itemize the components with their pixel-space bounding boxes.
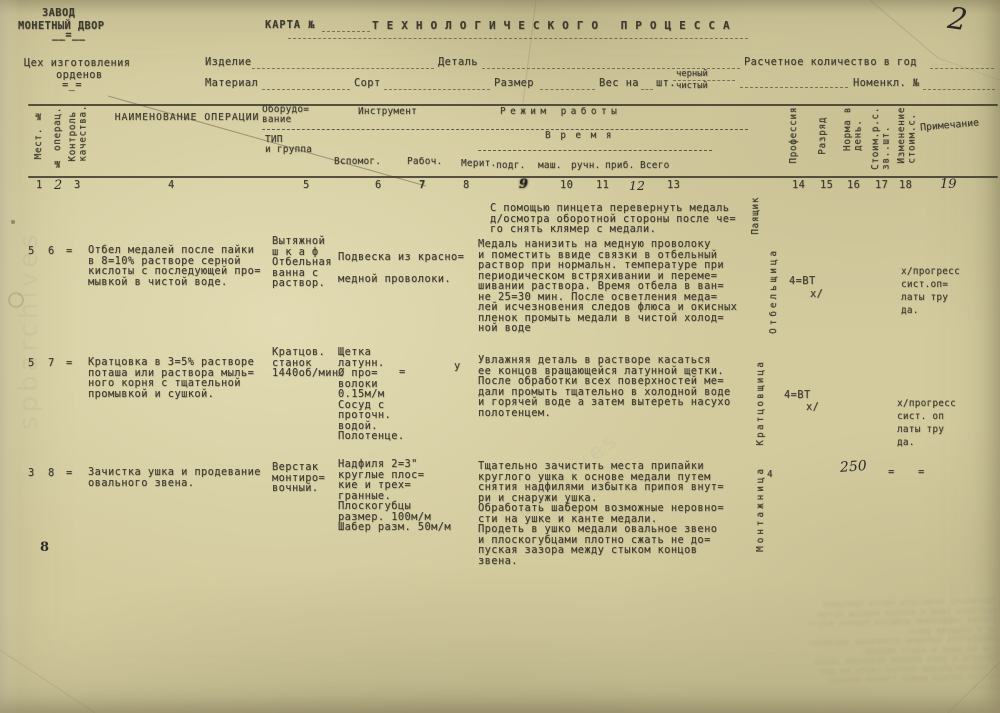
operation-grade: 4=ВТ	[784, 390, 811, 401]
col-header-time-manual: ручн.	[571, 161, 601, 171]
operation-description: Увлажняя деталь в растворе касаться ее к…	[478, 355, 790, 418]
col-header-auxiliary: Вспомог.	[334, 157, 381, 167]
column-number-1: 1	[36, 180, 43, 191]
column-number-4: 4	[168, 180, 175, 191]
op-place-number: 3	[28, 468, 35, 479]
card-number-label: КАРТА №	[265, 20, 315, 31]
col-header-quality-control: Контроль качества.	[68, 105, 89, 162]
col-header-time-prep: подг.	[496, 161, 526, 171]
stray-mark-u: у	[454, 361, 461, 372]
col-header-cost: Стоим.р.с. зв..шт.	[871, 107, 892, 170]
operation-profession: Паящик	[751, 197, 762, 235]
op-control-mark: =	[66, 246, 73, 257]
operation-tools: Щетка латунн. Ø про= волоки 0.15м/м Сосу…	[338, 347, 405, 442]
op-control-mark: =	[66, 468, 73, 479]
operation-description: Тщательно зачистить места припайки кругл…	[478, 461, 790, 566]
archive-watermark: spbarchives	[14, 230, 44, 430]
field-product-label: Изделие	[205, 57, 252, 68]
field-weight-blank	[641, 88, 653, 90]
crease-top-right	[870, 0, 938, 58]
column-number-13: 13	[667, 180, 680, 191]
operation-name: Зачистка ушка и продевание овального зве…	[88, 467, 294, 488]
field-size-blank	[540, 88, 595, 90]
field-grade-label: Сорт	[354, 78, 381, 89]
stray-mark-equals: =	[399, 367, 406, 378]
col-header-cost-change: Изменение стоим.с.	[897, 107, 918, 164]
column-number-18: 18	[899, 180, 912, 191]
operation-note: х/прогресс сист.оп= латы тру да.	[901, 265, 960, 317]
column-number-9: 9	[519, 177, 528, 192]
col-header-remarks: Примечание	[920, 117, 980, 133]
column-number-19: 19	[940, 177, 957, 192]
col-header-time-total: Всего	[640, 161, 670, 171]
table-rule-header-bottom	[28, 176, 998, 178]
column-number-12: 12	[629, 178, 645, 193]
field-product-blank	[252, 67, 434, 69]
column-number-8: 8	[463, 180, 470, 191]
table-rule-time-split	[478, 150, 712, 151]
column-number-16: 16	[847, 180, 860, 191]
field-net-blank	[740, 86, 848, 88]
operation-grade: 4	[767, 470, 773, 480]
field-net-weight-label: чистый	[676, 81, 708, 91]
col-header-operation-name: НАИМЕНОВАНИЕ ОПЕРАЦИИ	[108, 112, 266, 123]
column-number-15: 15	[820, 180, 833, 191]
col-header-profession: Профессия	[789, 107, 800, 164]
page-number: 2	[946, 1, 970, 38]
operation-name: Кратцовка в 3=5% растворе поташа или рас…	[88, 357, 284, 399]
field-nomenclature-blank	[923, 88, 995, 90]
col-header-daily-norm: Норма в день.	[843, 107, 864, 151]
factory-name-line1: ЗАВОД	[42, 8, 75, 19]
crease-top-right-2	[938, 58, 1000, 80]
col-header-equipment: Оборудо= вание	[262, 105, 309, 125]
scanned-document-page: spbarchives spbarchives ЗАВОД МОНЕТНЫЙ Д…	[0, 0, 1000, 713]
operation-profession: Монтажница	[756, 466, 767, 552]
field-size-label: Размер	[494, 78, 534, 89]
norm-per-day-value: 250	[839, 458, 867, 476]
field-annual-qty-label: Расчетное количество в год	[744, 57, 917, 68]
op-place-number: 5	[28, 358, 35, 369]
column-number-2: 2	[54, 178, 62, 193]
ink-bleedthrough: Тщательно зачистить места припайки кругл…	[747, 597, 999, 699]
op-number: 6	[48, 246, 55, 257]
table-rule-equipment-split	[262, 129, 748, 130]
col-header-measuring: Мерит.	[461, 159, 496, 169]
col-header-equipment-type: ТИП и группа	[265, 135, 312, 155]
field-rough-weight-label: черный	[676, 69, 708, 79]
field-material-blank	[262, 88, 350, 90]
col-header-working: Рабоч.	[407, 157, 442, 167]
operation-tools: Подвеска из красно= медной проволоки.	[338, 247, 464, 290]
col-header-operation-no: № операц.	[53, 107, 64, 169]
operation-grade-footnote: х/	[806, 402, 819, 413]
operation-profession: Кратцовщица	[756, 360, 767, 446]
operation-name: Отбел медалей после пайки в 8=10% раство…	[88, 245, 280, 287]
op-number: 7	[48, 358, 55, 369]
column-number-10: 10	[560, 180, 573, 191]
column-number-3: 3	[74, 180, 81, 191]
cost-change-mark: =	[918, 467, 925, 478]
field-material-label: Материал	[205, 78, 258, 89]
operation-grade-footnote: х/	[810, 289, 823, 300]
column-number-6: 6	[375, 180, 382, 191]
operation-equipment: Верстак монтиро= вочный.	[272, 462, 325, 494]
workshop-separator: =_=	[62, 80, 82, 91]
col-header-rank: Разряд	[818, 117, 829, 155]
workshop-line1: Цех изготовления	[24, 58, 130, 69]
op-number: 8	[48, 468, 55, 479]
operation-grade: 4=ВТ	[789, 276, 816, 287]
column-number-14: 14	[792, 180, 805, 191]
operation-tools: Надфиля 2=3" круглые плос= кие и трех= г…	[338, 459, 451, 533]
operation-description: Медаль нанизить на медную проволоку и по…	[478, 239, 788, 334]
col-header-place-no: Мест. №	[34, 110, 45, 159]
col-header-time-machine: маш.	[538, 161, 562, 171]
col-header-regime: Режим работы	[500, 107, 621, 117]
operation-equipment: Кратцов. станок 1440об/мин.	[272, 347, 345, 379]
op-control-mark: =	[66, 358, 73, 369]
field-grade-blank	[384, 88, 490, 90]
op-place-number: 5	[28, 246, 35, 257]
col-header-instrument: Инструмент	[358, 107, 417, 117]
field-nomenclature-label: Номенкл. №	[853, 78, 920, 89]
column-number-11: 11	[596, 180, 609, 191]
field-weight-label: Вес на	[599, 78, 639, 89]
col-header-time: В р е м я	[545, 131, 613, 141]
document-title: ТЕХНОЛОГИЧЕСКОГО ПРОЦЕССА	[372, 19, 738, 32]
card-number-blank	[322, 30, 370, 32]
letterhead-separator: __=__	[52, 30, 85, 41]
col-header-time-device: приб.	[605, 161, 635, 171]
column-number-5: 5	[303, 180, 310, 191]
field-part-label: Деталь	[438, 57, 478, 68]
column-number-7: 7	[419, 180, 426, 191]
cost-mark: =	[888, 467, 895, 478]
operation-profession: Отбельщица	[769, 248, 780, 334]
operation-equipment: Вытяжной ш к а ф Отбельная ванна с раств…	[272, 236, 332, 289]
crease-bottom-left	[0, 650, 95, 713]
field-annual-qty-blank	[930, 67, 994, 69]
ink-speck	[11, 220, 15, 224]
title-underline	[288, 37, 748, 39]
column-number-17: 17	[875, 180, 888, 191]
operation-note: х/прогресс сист. оп латы тру да.	[897, 397, 956, 449]
margin-stamp: 8	[40, 540, 49, 555]
